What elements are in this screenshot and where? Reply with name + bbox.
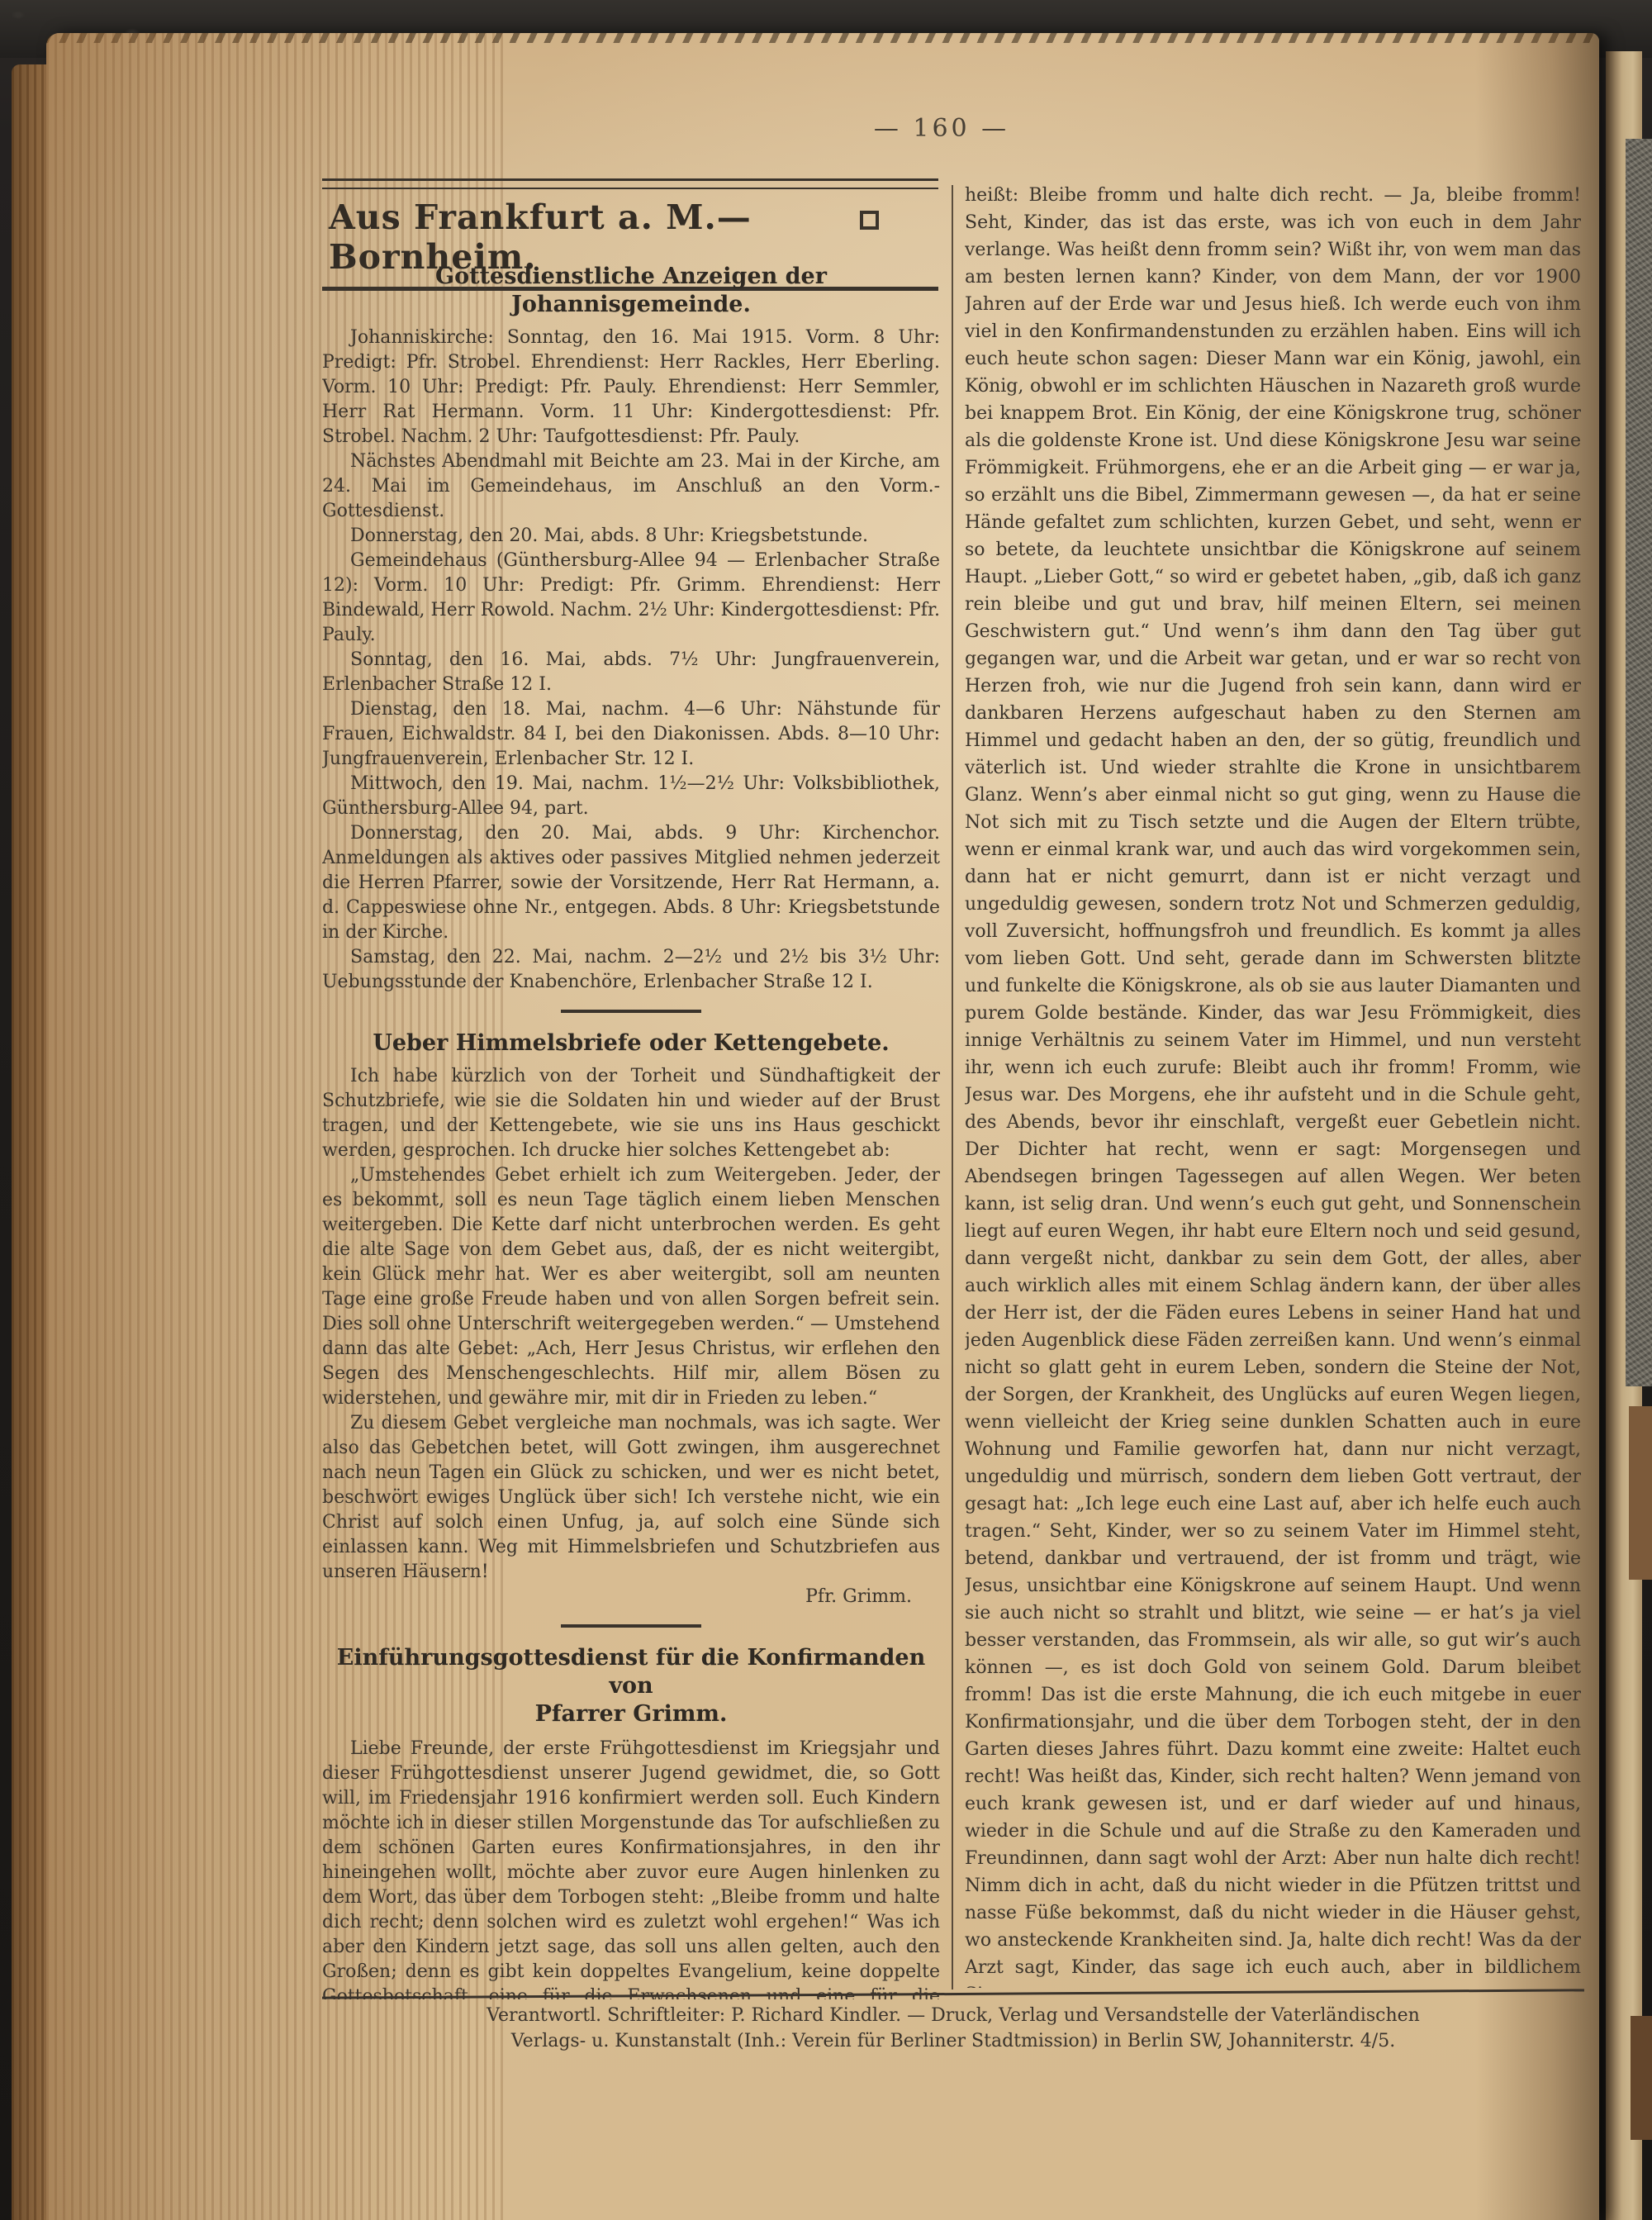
article-paragraph: „Umstehendes Gebet erhielt ich zum Weite… (322, 1163, 940, 1411)
masthead-rule-top (322, 178, 938, 189)
left-column: Gottesdienstliche Anzeigen der Johannisg… (322, 263, 940, 1999)
announcement-paragraph: Donnerstag, den 20. Mai, abds. 8 Uhr: Kr… (322, 524, 940, 549)
announcement-paragraph: Mittwoch, den 19. Mai, nachm. 1½—2½ Uhr:… (322, 772, 940, 821)
right-column: heißt: Bleibe fromm und halte dich recht… (965, 182, 1581, 1988)
article-paragraph: Zu diesem Gebet vergleiche man nochmals,… (322, 1411, 940, 1585)
background-scrap (1631, 2016, 1652, 2140)
article-paragraph: Ich habe kürzlich von der Torheit und Sü… (322, 1064, 940, 1163)
announcement-paragraph: Gemeindehaus (Günthersburg-Allee 94 — Er… (322, 549, 940, 648)
section-heading-himmelsbriefe: Ueber Himmelsbriefe oder Kettengebete. (322, 1029, 940, 1058)
sermon-paragraph: Liebe Freunde, der erste Frühgottesdiens… (322, 1737, 940, 1999)
announcement-paragraph: Donnerstag, den 20. Mai, abds. 9 Uhr: Ki… (322, 821, 940, 945)
announcement-paragraph: Dienstag, den 18. Mai, nachm. 4—6 Uhr: N… (322, 697, 940, 772)
next-page-illustration-sliver (1626, 139, 1652, 1386)
section-heading-line2: Pfarrer Grimm. (535, 1701, 728, 1727)
section-heading-einfuehrungsgottesdienst: Einführungsgottesdienst für die Konfirma… (322, 1644, 940, 1728)
page-number: — 160 — (776, 114, 1107, 143)
background-scrap (1629, 1406, 1652, 1580)
column-divider-rule (952, 185, 953, 1989)
announcement-paragraph: Nächstes Abendmahl mit Beichte am 23. Ma… (322, 449, 940, 524)
section-divider-rule (561, 1624, 701, 1628)
imprint-line: Verlags- u. Kunstanstalt (Inh.: Verein f… (322, 2028, 1584, 2054)
sermon-continuation: heißt: Bleibe fromm und halte dich recht… (965, 182, 1581, 1988)
imprint-footer: Verantwortl. Schriftleiter: P. Richard K… (322, 2003, 1584, 2054)
announcement-paragraph: Sonntag, den 16. Mai, abds. 7½ Uhr: Jung… (322, 648, 940, 697)
square-box-ornament-icon (860, 211, 879, 230)
imprint-line: Verantwortl. Schriftleiter: P. Richard K… (322, 2003, 1584, 2028)
scanned-book-photo: — 160 — Aus Frankfurt a. M.—Bornheim. Go… (0, 0, 1652, 2220)
author-signature: Pfr. Grimm. (322, 1585, 940, 1609)
announcement-paragraph: Samstag, den 22. Mai, nachm. 2—2½ und 2½… (322, 945, 940, 995)
section-divider-rule (561, 1010, 701, 1013)
section-heading-line1: Einführungsgottesdienst für die Konfirma… (337, 1645, 925, 1699)
announcement-paragraph: Johanniskirche: Sonntag, den 16. Mai 191… (322, 326, 940, 449)
section-heading-gottesdienstliche-anzeigen: Gottesdienstliche Anzeigen der Johannisg… (322, 263, 940, 319)
